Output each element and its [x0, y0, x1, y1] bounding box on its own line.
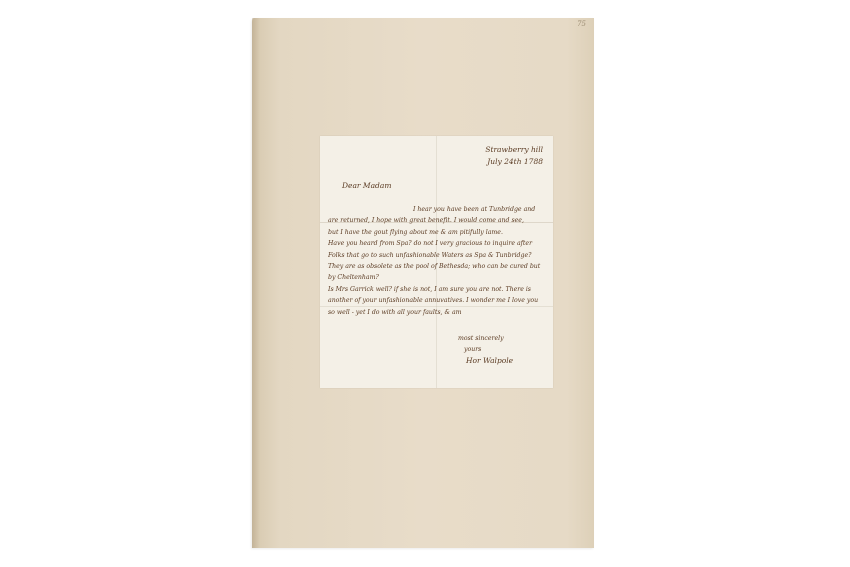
letter-line: I hear you have been at Tunbridge and	[328, 204, 548, 215]
letter-line: Have you heard from Spa? do not I very g…	[328, 238, 548, 249]
signature: Hor Walpole	[458, 355, 513, 366]
closing-phrase: most sincerely	[458, 333, 513, 344]
letter-line: Folks that go to such unfashionable Wate…	[328, 250, 548, 261]
letter-salutation: Dear Madam	[342, 181, 391, 190]
letter-line: but I have the gout flying about me & am…	[328, 227, 548, 238]
letter-line: They are as obsolete as the pool of Beth…	[328, 261, 548, 272]
letter-line: so well - yet I do with all your faults,…	[328, 307, 548, 318]
handwritten-letter: Strawberry hill July 24th 1788 Dear Mada…	[320, 136, 553, 388]
letter-place: Strawberry hill	[485, 144, 543, 156]
letter-line: are returned, I hope with great benefit.…	[328, 215, 548, 226]
letter-line: another of your unfashionable annuvative…	[328, 295, 548, 306]
album-page: 75 Strawberry hill July 24th 1788 Dear M…	[252, 18, 594, 548]
letter-closing: most sincerely yours Hor Walpole	[458, 333, 513, 366]
page-number: 75	[577, 20, 586, 28]
letter-body: I hear you have been at Tunbridge and ar…	[328, 204, 548, 318]
letter-date: July 24th 1788	[485, 156, 543, 168]
valediction: yours	[458, 344, 513, 355]
letter-heading: Strawberry hill July 24th 1788	[485, 144, 543, 168]
letter-line: Is Mrs Garrick well? if she is not, I am…	[328, 284, 548, 295]
letter-line: by Cheltenham?	[328, 272, 548, 283]
